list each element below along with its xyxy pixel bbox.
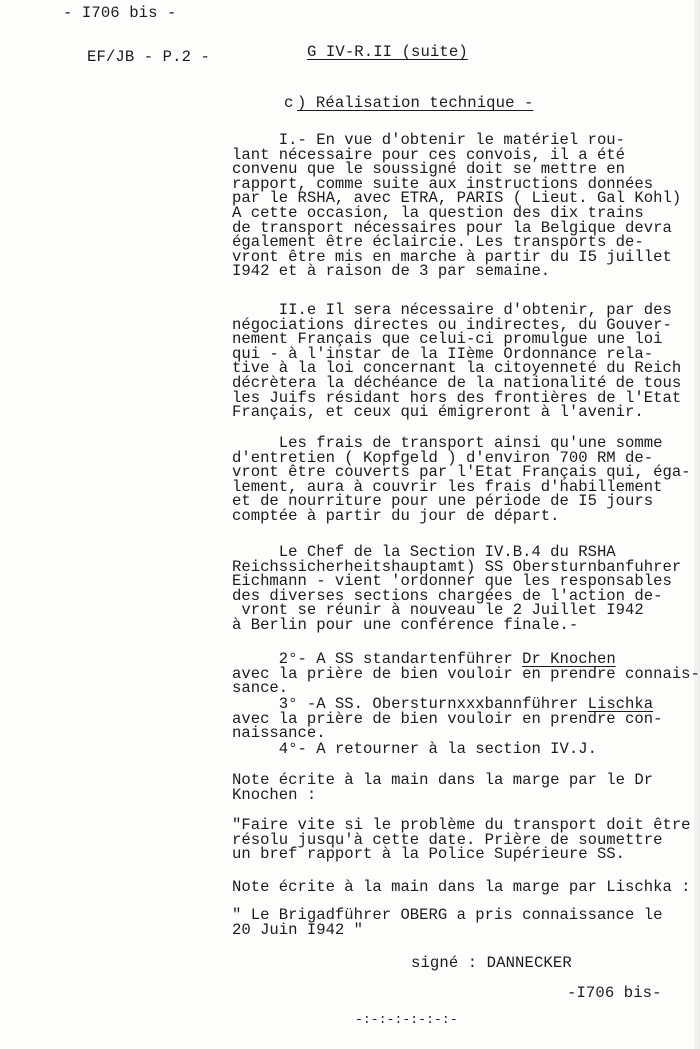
end-separator: -:-:-:-:-:-:- <box>355 1013 458 1028</box>
paragraph-3: Les frais de transport ainsi qu'une somm… <box>232 436 691 524</box>
distribution-line: avec la prière de bien vouloir en prendr… <box>232 667 700 682</box>
page-reference-bottom: -I706 bis- <box>567 986 662 1001</box>
note-line: un bref rapport à la Police Supérieure S… <box>232 847 691 862</box>
paragraph-line: comptée à partir du jour de départ. <box>232 509 691 524</box>
distribution-line: sance. <box>232 681 700 696</box>
paragraph-1: I.- En vue d'obtenir le matériel rou-lan… <box>232 133 681 279</box>
distribution-line: naissance. <box>232 726 662 741</box>
distribution-item-3: 3° -A SS. Obersturnxxxbannführer Lischka… <box>232 697 662 741</box>
distribution-line: 4°- A retourner à la section IV.J. <box>232 742 597 757</box>
subsection-title: ) Réalisation technique - <box>297 96 533 111</box>
section-title: G IV-R.II (suite) <box>307 45 468 60</box>
paragraph-4: Le Chef de la Section IV.B.4 du RSHAReic… <box>232 545 681 633</box>
document-code: EF/JB - P.2 - <box>87 50 210 65</box>
signature: signé : DANNECKER <box>411 956 572 971</box>
paragraph-line: Français, et ceux qui émigreront à l'ave… <box>232 405 681 420</box>
distribution-recipient-prefix: 4°- A retourner à la section IV.J. <box>232 740 597 758</box>
page-edge-shadow <box>694 0 700 1049</box>
subsection-prefix: c <box>284 96 293 111</box>
page-reference-top: - I706 bis - <box>63 6 177 21</box>
note-line: Note écrite à la main dans la marge par … <box>232 880 691 895</box>
note-line: 20 Juin I942 " <box>232 923 662 938</box>
paragraph-line: à Berlin pour une conférence finale.- <box>232 618 681 633</box>
note-knochen-text: "Faire vite si le problème du transport … <box>232 818 691 862</box>
note-lischka-intro: Note écrite à la main dans la marge par … <box>232 880 691 895</box>
paragraph-line: I942 et à raison de 3 par semaine. <box>232 264 681 279</box>
paragraph-2: II.e Il sera nécessaire d'obtenir, par d… <box>232 303 681 420</box>
note-knochen-intro: Note écrite à la main dans la marge par … <box>232 773 653 802</box>
distribution-item-2: 2°- A SS standartenführer Dr Knochenavec… <box>232 652 700 696</box>
note-line: Knochen : <box>232 788 653 803</box>
note-lischka-text: " Le Brigadführer OBERG a pris connaissa… <box>232 908 662 937</box>
distribution-item-4: 4°- A retourner à la section IV.J. <box>232 742 597 757</box>
